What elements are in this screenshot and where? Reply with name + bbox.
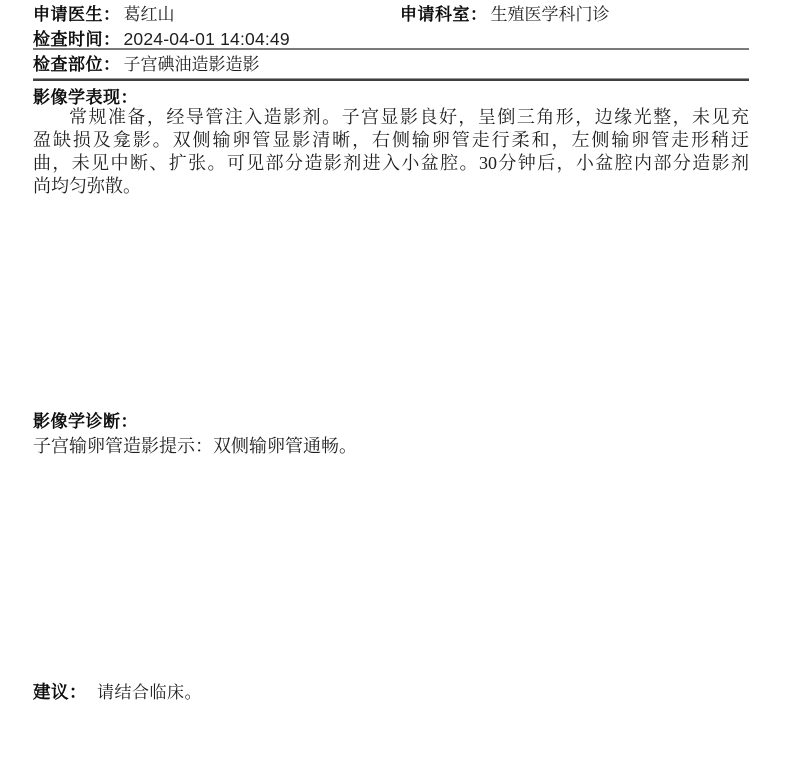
suggestion-label: 建议： — [33, 681, 87, 703]
requesting-doctor-label: 申请医生： — [33, 4, 121, 26]
field-requesting-department: 申请科室： 生殖医学科门诊 — [400, 4, 610, 26]
field-exam-site: 检查部位： 子宫碘油造影造影 — [33, 54, 260, 76]
requesting-department-value: 生殖医学科门诊 — [491, 4, 610, 26]
divider-exam-site — [33, 78, 749, 81]
findings-heading: 影像学表现： — [33, 88, 138, 108]
suggestion-text: 请结合临床。 — [97, 678, 202, 703]
requesting-department-label: 申请科室： — [400, 4, 488, 26]
diagnosis-heading: 影像学诊断： — [33, 412, 138, 432]
diagnosis-text: 子宫输卵管造影提示：双侧输卵管通畅。 — [33, 435, 749, 458]
divider-top — [33, 48, 749, 50]
findings-paragraph: 常规准备，经导管注入造影剂。子宫显影良好，呈倒三角形，边缘光整，未见充 盈缺损及… — [33, 106, 749, 198]
header-row-doctor-department: 申请医生： 葛红山 申请科室： 生殖医学科门诊 — [33, 4, 749, 26]
exam-report-page: 申请医生： 葛红山 申请科室： 生殖医学科门诊 检查时间： 2024-04-01… — [0, 0, 786, 766]
findings-line: 尚均匀弥散。 — [33, 175, 749, 198]
requesting-doctor-value: 葛红山 — [124, 4, 175, 26]
exam-site-label: 检查部位： — [33, 54, 121, 76]
exam-time-value: 2024-04-01 14:04:49 — [124, 28, 290, 50]
findings-line: 常规准备，经导管注入造影剂。子宫显影良好，呈倒三角形，边缘光整，未见充 — [33, 106, 749, 129]
suggestion-row: 建议： 请结合临床。 — [33, 678, 202, 703]
findings-line: 曲，未见中断、扩张。可见部分造影剂进入小盆腔。30分钟后，小盆腔内部分造影剂 — [33, 152, 749, 175]
field-requesting-doctor: 申请医生： 葛红山 — [33, 4, 400, 26]
findings-line: 盈缺损及龛影。双侧输卵管显影清晰，右侧输卵管走行柔和，左侧输卵管走形稍迂 — [33, 129, 749, 152]
header-row-exam-site: 检查部位： 子宫碘油造影造影 — [33, 54, 749, 76]
exam-site-value: 子宫碘油造影造影 — [124, 54, 260, 76]
